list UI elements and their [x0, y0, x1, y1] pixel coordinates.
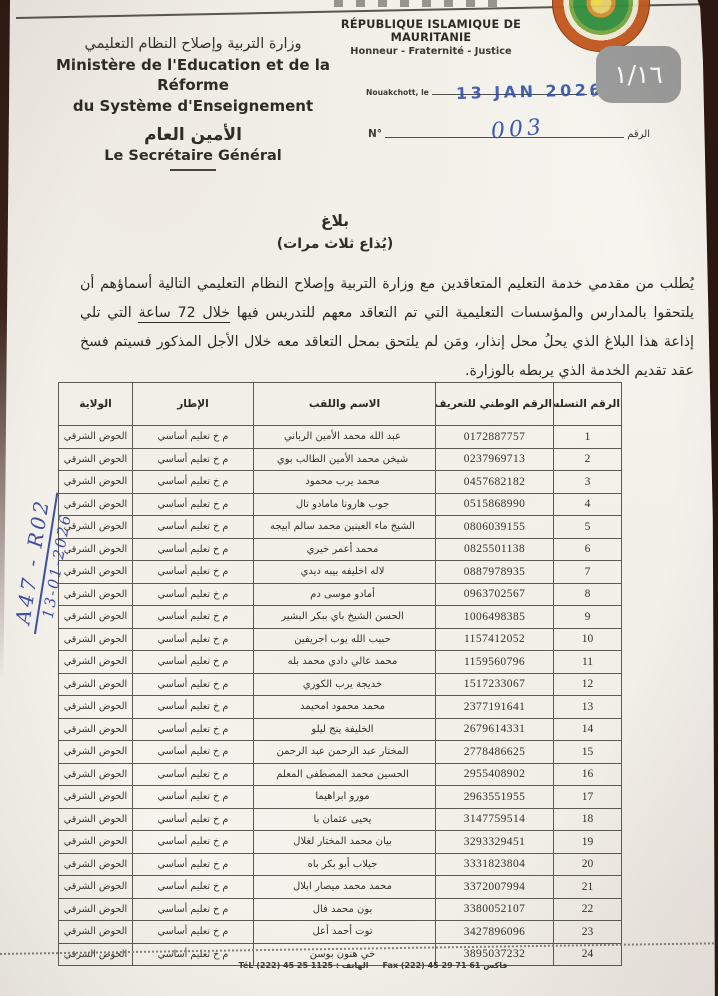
secretary-general-arabic: الأمين العام [48, 125, 338, 145]
cell-name: الحسن الشيخ باي ببكر البشير [254, 606, 436, 629]
table-row: 193293329451بيان محمد المختار لغلالم خ ت… [59, 831, 622, 854]
ministry-fr-line2: du Système d'Enseignement [48, 96, 338, 116]
cell-sn: 10 [554, 628, 622, 651]
table-row: 132377191641محمد محمود امحيمدم خ تعليم أ… [59, 696, 622, 719]
cell-sn: 9 [554, 606, 622, 629]
teachers-roster-table: الرقم التسلسليالرقم الوطني للتعريفالاسم … [58, 382, 622, 966]
national-seal: ✹ [552, 0, 650, 52]
cell-cadre: م خ تعليم أساسي [133, 448, 254, 471]
cell-cadre: م خ تعليم أساسي [133, 853, 254, 876]
cell-wilaya: الحوض الشرقي [59, 426, 133, 449]
cell-name: الشيخ ماء العينين محمد سالم ابيجه [254, 516, 436, 539]
column-header-0: الرقم التسلسلي [554, 383, 622, 426]
table-row: 70887978935لاله اخليفه بيبه ديديم خ تعلي… [59, 561, 622, 584]
cell-name: الخليفة ينج ليلو [254, 718, 436, 741]
cell-nid: 0825501138 [436, 538, 554, 561]
roster-table-body: 10172887757عبد الله محمد الأمين الربانيم… [59, 426, 622, 966]
cell-sn: 2 [554, 448, 622, 471]
cell-sn: 17 [554, 786, 622, 809]
body-text-underlined: خلال 72 ساعة [138, 305, 230, 323]
cell-sn: 13 [554, 696, 622, 719]
cell-cadre: م خ تعليم أساسي [133, 898, 254, 921]
cell-nid: 1006498385 [436, 606, 554, 629]
column-header-3: الإطار [133, 383, 254, 426]
cell-nid: 0887978935 [436, 561, 554, 584]
cell-nid: 0963702567 [436, 583, 554, 606]
table-row: 121517233067خديجة يرب الكوريم خ تعليم أس… [59, 673, 622, 696]
table-row: 142679614331الخليفة ينج ليلوم خ تعليم أس… [59, 718, 622, 741]
cell-sn: 1 [554, 426, 622, 449]
table-header-row: الرقم التسلسليالرقم الوطني للتعريفالاسم … [59, 383, 622, 426]
table-row: 233427896096توت أحمد أعلم خ تعليم أساسيا… [59, 921, 622, 944]
letterhead-republic-block: RÉPUBLIQUE ISLAMIQUE DE MAURITANIE Honne… [318, 18, 544, 57]
ministry-name-arabic: وزارة التربية وإصلاح النظام التعليمي [48, 36, 338, 52]
table-row: 223380052107بون محمد فالم خ تعليم أساسيا… [59, 898, 622, 921]
cell-name: توت أحمد أعل [254, 921, 436, 944]
table-row: 60825501138محمد أعمر خيريم خ تعليم أساسي… [59, 538, 622, 561]
table-row: 50806039155الشيخ ماء العينين محمد سالم ا… [59, 516, 622, 539]
table-row: 40515868990جوب هارونا مامادو تالم خ تعلي… [59, 493, 622, 516]
cell-wilaya: الحوض الشرقي [59, 831, 133, 854]
cell-sn: 18 [554, 808, 622, 831]
ministry-fr-line1: Ministère de l'Education et de la Réform… [48, 55, 338, 96]
cell-cadre: م خ تعليم أساسي [133, 606, 254, 629]
cell-name: بيان محمد المختار لغلال [254, 831, 436, 854]
cell-name: عبد الله محمد الأمين الرباني [254, 426, 436, 449]
cell-sn: 6 [554, 538, 622, 561]
table-row: 91006498385الحسن الشيخ باي ببكر البشيرم … [59, 606, 622, 629]
cell-name: جيلاب أبو بكر باه [254, 853, 436, 876]
cell-name: محمد محمد ميصار ابلال [254, 876, 436, 899]
cell-name: شيخن محمد الأمين الطالب بوي [254, 448, 436, 471]
cell-cadre: م خ تعليم أساسي [133, 718, 254, 741]
seal-star-icon: ✹ [590, 0, 603, 11]
table-row: 20237969713شيخن محمد الأمين الطالب بويم … [59, 448, 622, 471]
cell-nid: 3331823804 [436, 853, 554, 876]
cell-wilaya: الحوض الشرقي [59, 898, 133, 921]
cell-wilaya: الحوض الشرقي [59, 673, 133, 696]
cell-cadre: م خ تعليم أساسي [133, 493, 254, 516]
cell-sn: 14 [554, 718, 622, 741]
date-stamp: 13 JAN 2026 [455, 80, 605, 103]
cell-sn: 21 [554, 876, 622, 899]
secretary-general-french: Le Secrétaire Général [48, 148, 338, 164]
cell-wilaya: الحوض الشرقي [59, 583, 133, 606]
cell-nid: 2963551955 [436, 786, 554, 809]
cell-nid: 2377191641 [436, 696, 554, 719]
cell-sn: 7 [554, 561, 622, 584]
cell-sn: 15 [554, 741, 622, 764]
letterhead-ministry-block: وزارة التربية وإصلاح النظام التعليمي Min… [48, 36, 338, 171]
cell-name: محمد محمود امحيمد [254, 696, 436, 719]
republic-title: RÉPUBLIQUE ISLAMIQUE DE MAURITANIE [318, 18, 544, 44]
cell-cadre: م خ تعليم أساسي [133, 538, 254, 561]
cell-cadre: م خ تعليم أساسي [133, 741, 254, 764]
cell-name: المختار عبد الرحمن عبد الرحمن [254, 741, 436, 764]
cell-name: جوب هارونا مامادو تال [254, 493, 436, 516]
cell-nid: 0457682182 [436, 471, 554, 494]
cell-wilaya: الحوض الشرقي [59, 921, 133, 944]
cell-nid: 0515868990 [436, 493, 554, 516]
cell-wilaya: الحوض الشرقي [59, 741, 133, 764]
cell-sn: 3 [554, 471, 622, 494]
cell-sn: 16 [554, 763, 622, 786]
cell-sn: 4 [554, 493, 622, 516]
ministry-name-french: Ministère de l'Education et de la Réform… [48, 55, 338, 116]
cell-nid: 0806039155 [436, 516, 554, 539]
cell-nid: 2955408902 [436, 763, 554, 786]
table-row: 30457682182محمد يرب محمودم خ تعليم أساسي… [59, 471, 622, 494]
cell-cadre: م خ تعليم أساسي [133, 628, 254, 651]
cell-nid: 3380052107 [436, 898, 554, 921]
cell-name: أمادو موسى دم [254, 583, 436, 606]
cell-cadre: م خ تعليم أساسي [133, 673, 254, 696]
table-row: 203331823804جيلاب أبو بكر باهم خ تعليم أ… [59, 853, 622, 876]
cell-cadre: م خ تعليم أساسي [133, 471, 254, 494]
cell-cadre: م خ تعليم أساسي [133, 921, 254, 944]
cell-cadre: م خ تعليم أساسي [133, 583, 254, 606]
photo-edge-right [692, 0, 718, 996]
cell-sn: 5 [554, 516, 622, 539]
table-row: 183147759514يحيى عثمان بام خ تعليم أساسي… [59, 808, 622, 831]
cell-nid: 0172887757 [436, 426, 554, 449]
cell-name: لاله اخليفه بيبه ديدي [254, 561, 436, 584]
column-header-4: الولاية [59, 383, 133, 426]
cell-cadre: م خ تعليم أساسي [133, 651, 254, 674]
cut-off-print-fragment [334, 0, 502, 7]
cell-cadre: م خ تعليم أساسي [133, 426, 254, 449]
cell-wilaya: الحوض الشرقي [59, 718, 133, 741]
table-row: 152778486625المختار عبد الرحمن عبد الرحم… [59, 741, 622, 764]
cell-nid: 1159560796 [436, 651, 554, 674]
table-row: 101157412052حبيب الله يوب اجريفينم خ تعل… [59, 628, 622, 651]
cell-nid: 3147759514 [436, 808, 554, 831]
cell-wilaya: الحوض الشرقي [59, 628, 133, 651]
cell-nid: 3293329451 [436, 831, 554, 854]
cell-wilaya: الحوض الشرقي [59, 853, 133, 876]
number-label-arabic: الرقم [627, 129, 650, 140]
cell-wilaya: الحوض الشرقي [59, 876, 133, 899]
photo-edge-left [0, 0, 10, 680]
cell-sn: 12 [554, 673, 622, 696]
cell-wilaya: الحوض الشرقي [59, 786, 133, 809]
cell-cadre: م خ تعليم أساسي [133, 516, 254, 539]
cell-cadre: م خ تعليم أساسي [133, 561, 254, 584]
table-row: 80963702567أمادو موسى دمم خ تعليم أساسيا… [59, 583, 622, 606]
cell-name: خديجة يرب الكوري [254, 673, 436, 696]
cell-wilaya: الحوض الشرقي [59, 651, 133, 674]
cell-name: محمد يرب محمود [254, 471, 436, 494]
table-row: 172963551955مورو ابراهيمام خ تعليم أساسي… [59, 786, 622, 809]
cell-cadre: م خ تعليم أساسي [133, 763, 254, 786]
cell-sn: 23 [554, 921, 622, 944]
page-indicator-badge: ١/١٦ [596, 46, 681, 103]
cell-nid: 3372007994 [436, 876, 554, 899]
cell-sn: 11 [554, 651, 622, 674]
cell-cadre: م خ تعليم أساسي [133, 876, 254, 899]
column-header-2: الاسم واللقب [254, 383, 436, 426]
cell-wilaya: الحوض الشرقي [59, 696, 133, 719]
cell-nid: 2679614331 [436, 718, 554, 741]
cell-nid: 1157412052 [436, 628, 554, 651]
table-row: 111159560796محمد عالي دادي محمد بلهم خ ت… [59, 651, 622, 674]
table-row: 213372007994محمد محمد ميصار ابلالم خ تعل… [59, 876, 622, 899]
cell-name: يحيى عثمان با [254, 808, 436, 831]
cell-nid: 3427896096 [436, 921, 554, 944]
table-row: 10172887757عبد الله محمد الأمين الربانيم… [59, 426, 622, 449]
cell-cadre: م خ تعليم أساسي [133, 808, 254, 831]
cell-wilaya: الحوض الشرقي [59, 763, 133, 786]
cell-wilaya: الحوض الشرقي [59, 808, 133, 831]
national-motto: Honneur - Fraternité - Justice [318, 46, 544, 57]
cell-sn: 8 [554, 583, 622, 606]
signature-underline [170, 169, 216, 171]
notice-subtitle: (يُذاع ثلاث مرات) [235, 236, 435, 252]
notice-body-paragraph: يُطلب من مقدمي خدمة التعليم المتعاقدين م… [80, 270, 694, 385]
column-header-1: الرقم الوطني للتعريف [436, 383, 554, 426]
scanned-document-page: وزارة التربية وإصلاح النظام التعليمي Min… [0, 0, 718, 996]
cell-name: مورو ابراهيما [254, 786, 436, 809]
cell-nid: 1517233067 [436, 673, 554, 696]
cell-sn: 19 [554, 831, 622, 854]
cell-name: محمد أعمر خيري [254, 538, 436, 561]
cell-sn: 20 [554, 853, 622, 876]
cell-wilaya: الحوض الشرقي [59, 606, 133, 629]
cell-cadre: م خ تعليم أساسي [133, 696, 254, 719]
cell-nid: 0237969713 [436, 448, 554, 471]
cell-nid: 2778486625 [436, 741, 554, 764]
handwritten-document-number: 003 [477, 114, 559, 146]
cell-name: الحسين محمد المصطفى المعلم [254, 763, 436, 786]
number-label-french: N° [368, 128, 382, 140]
cell-sn: 22 [554, 898, 622, 921]
cell-name: محمد عالي دادي محمد بله [254, 651, 436, 674]
cell-cadre: م خ تعليم أساسي [133, 786, 254, 809]
table-row: 162955408902الحسين محمد المصطفى المعلمم … [59, 763, 622, 786]
footer-fax: Fax (222) 45 29 71 61 فاكس [382, 961, 507, 970]
footer-telephone: TéL (222) 45 25 1125 : الهاتف [239, 961, 369, 970]
cell-name: بون محمد فال [254, 898, 436, 921]
cell-cadre: م خ تعليم أساسي [133, 831, 254, 854]
cell-wilaya: الحوض الشرقي [59, 943, 133, 966]
cell-name: حبيب الله يوب اجريفين [254, 628, 436, 651]
place-label-french: Nouakchott, le [366, 88, 429, 97]
footer-contact-line: TéL (222) 45 25 1125 : الهاتف Fax (222) … [208, 961, 538, 970]
notice-title: بلاغ [235, 212, 435, 230]
